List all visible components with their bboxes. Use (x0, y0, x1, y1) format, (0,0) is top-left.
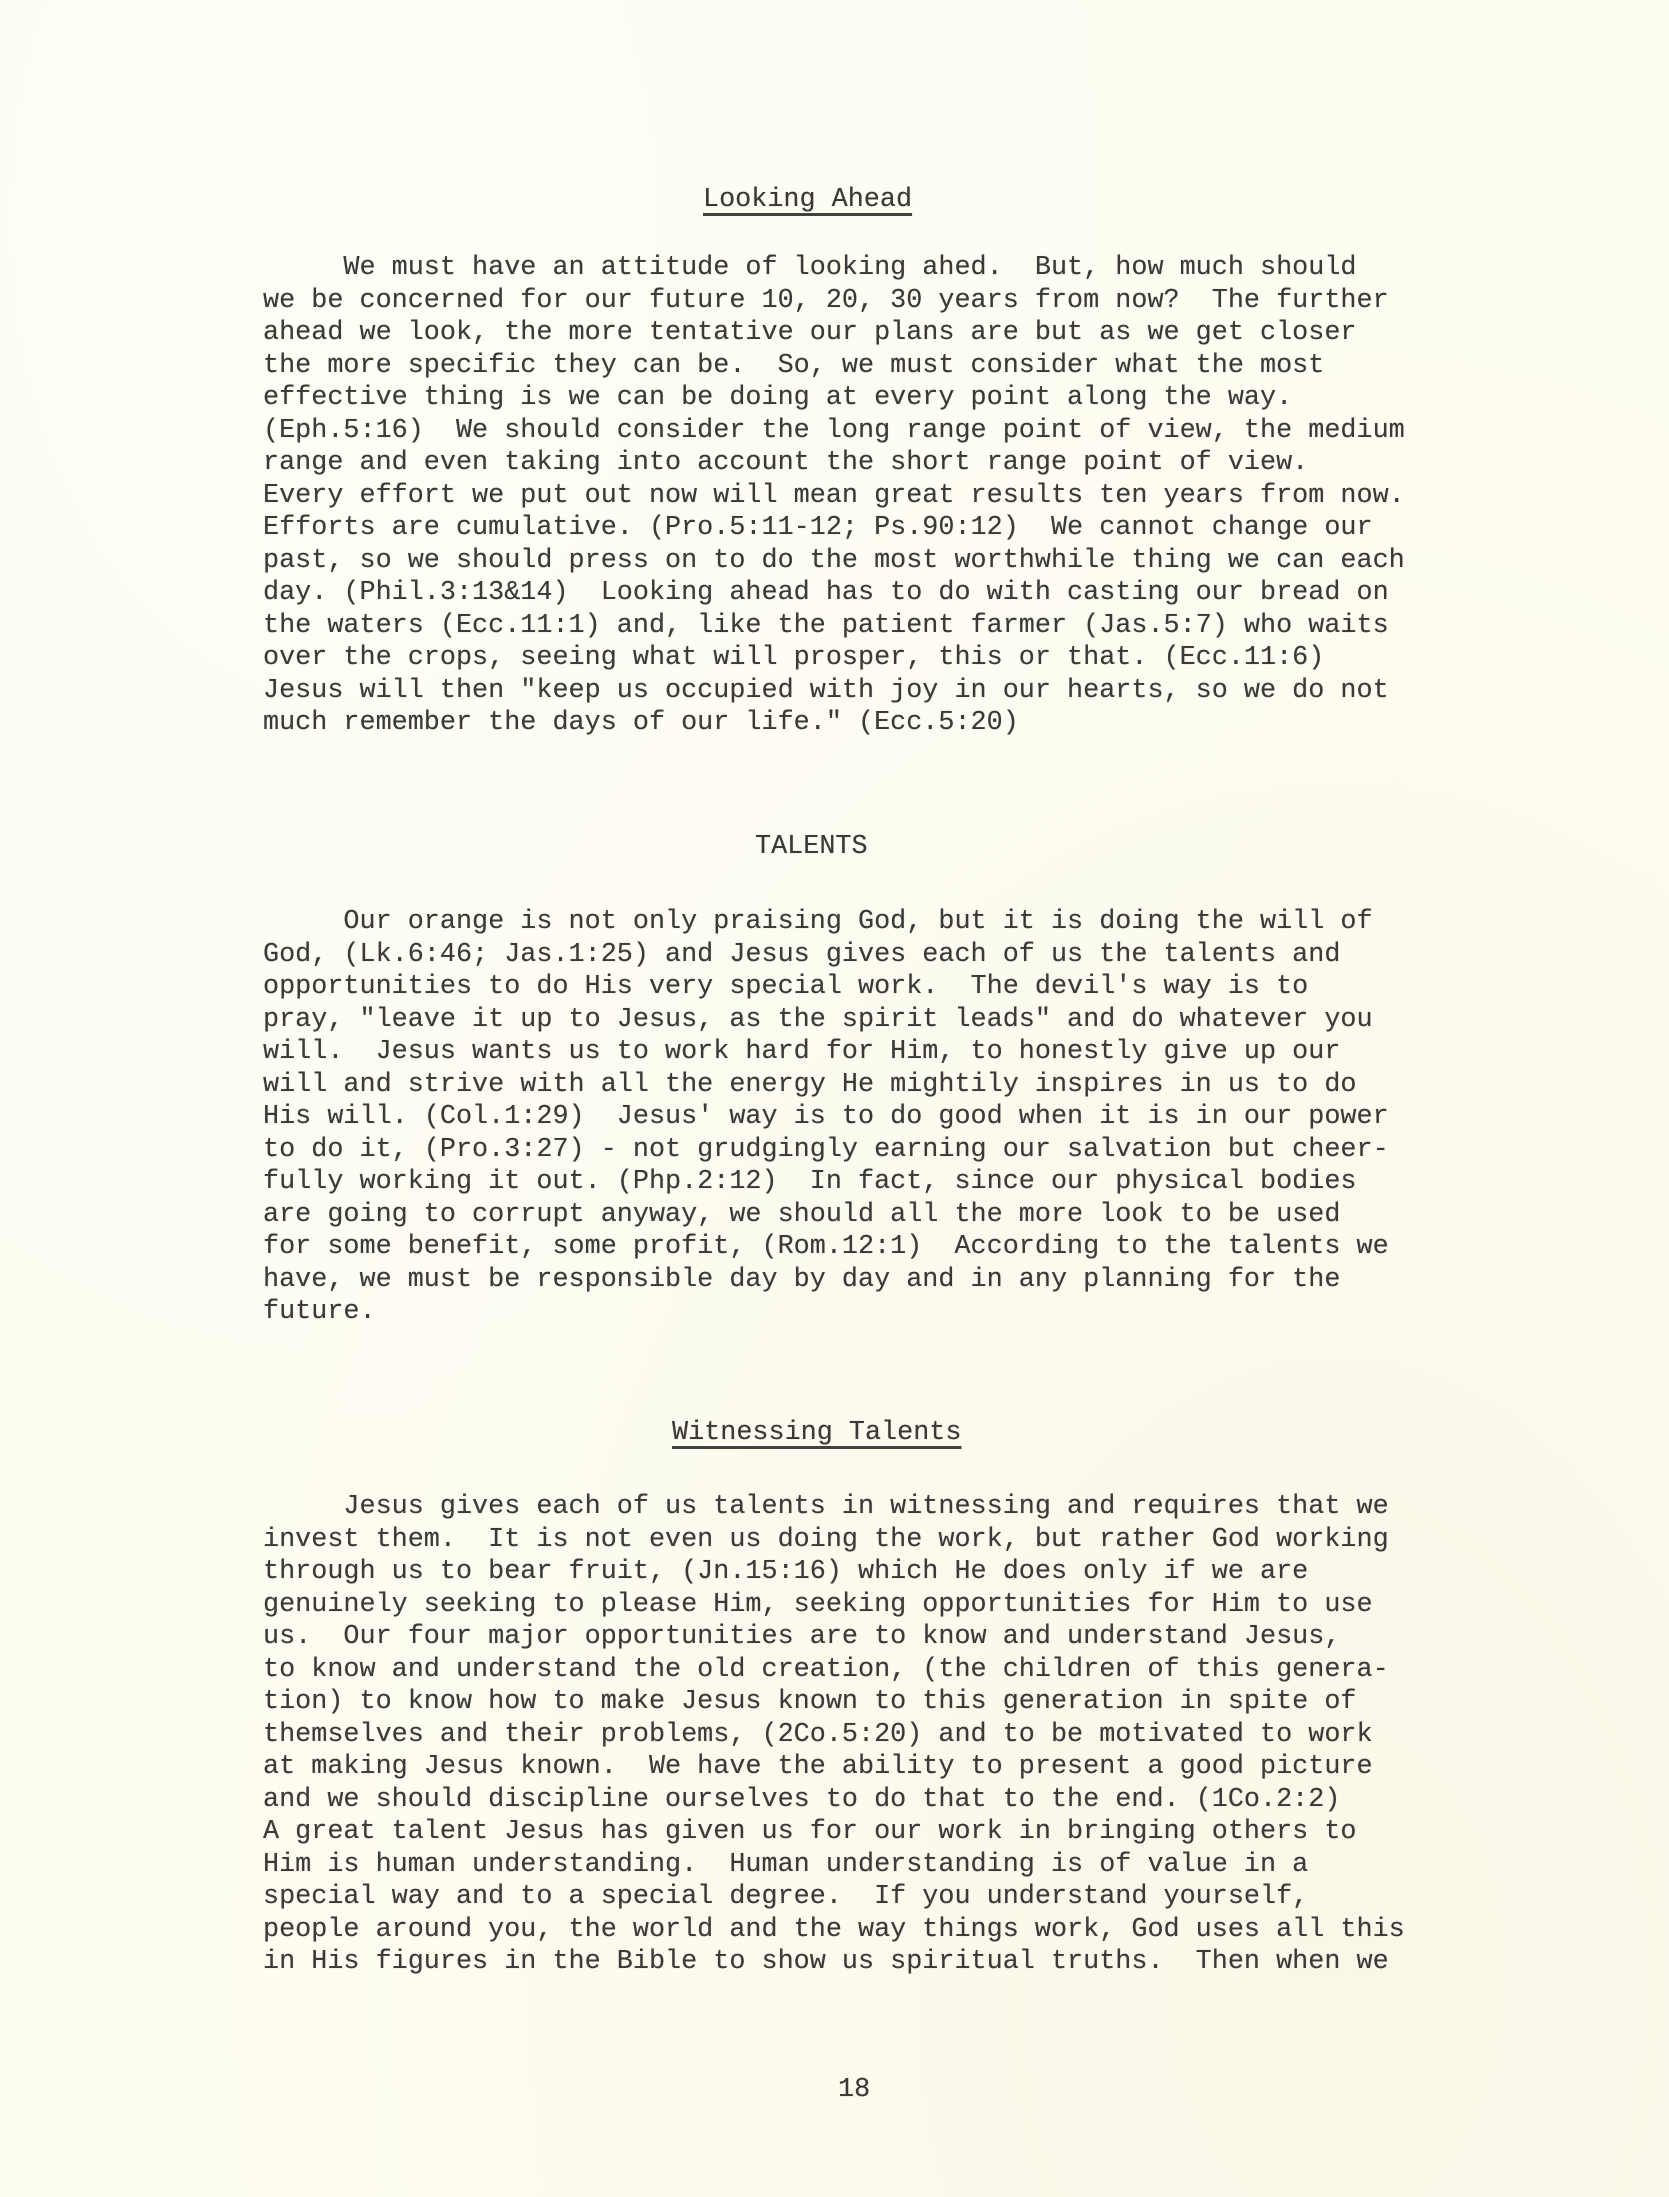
text-line: for some benefit, some profit, (Rom.12:1… (263, 1231, 1463, 1264)
text-line: the more specific they can be. So, we mu… (263, 350, 1463, 383)
text-line: past, so we should press on to do the mo… (263, 545, 1463, 578)
text-line: range and even taking into account the s… (263, 447, 1463, 480)
paragraph-witnessing-talents: Jesus gives each of us talents in witnes… (263, 1491, 1463, 1979)
section-heading-looking-ahead: Looking Ahead (703, 184, 912, 216)
text-line: special way and to a special degree. If … (263, 1881, 1463, 1914)
text-line: future. (263, 1296, 1463, 1329)
text-line: Jesus will then "keep us occupied with j… (263, 675, 1463, 708)
page-number: 18 (838, 2074, 870, 2106)
text-line: Our orange is not only praising God, but… (263, 906, 1463, 939)
text-line: effective thing is we can be doing at ev… (263, 382, 1463, 415)
text-line: the waters (Ecc.11:1) and, like the pati… (263, 610, 1463, 643)
text-line: We must have an attitude of looking ahed… (263, 252, 1463, 285)
text-line: (Eph.5:16) We should consider the long r… (263, 415, 1463, 448)
text-line: pray, "leave it up to Jesus, as the spir… (263, 1004, 1463, 1037)
text-line: have, we must be responsible day by day … (263, 1264, 1463, 1297)
text-line: genuinely seeking to please Him, seeking… (263, 1589, 1463, 1622)
text-line: much remember the days of our life." (Ec… (263, 707, 1463, 740)
text-line: Jesus gives each of us talents in witnes… (263, 1491, 1463, 1524)
text-line: at making Jesus known. We have the abili… (263, 1751, 1463, 1784)
section-heading-witnessing-talents: Witnessing Talents (672, 1417, 961, 1449)
document-page: Looking Ahead We must have an attitude o… (0, 0, 1669, 2197)
text-line: Efforts are cumulative. (Pro.5:11-12; Ps… (263, 512, 1463, 545)
paragraph-looking-ahead: We must have an attitude of looking ahed… (263, 252, 1463, 740)
text-line: over the crops, seeing what will prosper… (263, 642, 1463, 675)
text-line: to do it, (Pro.3:27) - not grudgingly ea… (263, 1134, 1463, 1167)
text-line: people around you, the world and the way… (263, 1914, 1463, 1947)
text-line: ahead we look, the more tentative our pl… (263, 317, 1463, 350)
text-line: will. Jesus wants us to work hard for Hi… (263, 1036, 1463, 1069)
text-line: and we should discipline ourselves to do… (263, 1784, 1463, 1817)
text-line: God, (Lk.6:46; Jas.1:25) and Jesus gives… (263, 939, 1463, 972)
text-line: invest them. It is not even us doing the… (263, 1524, 1463, 1557)
text-line: through us to bear fruit, (Jn.15:16) whi… (263, 1556, 1463, 1589)
text-line: A great talent Jesus has given us for ou… (263, 1816, 1463, 1849)
paragraph-talents: Our orange is not only praising God, but… (263, 906, 1463, 1329)
text-line: His will. (Col.1:29) Jesus' way is to do… (263, 1101, 1463, 1134)
text-line: we be concerned for our future 10, 20, 3… (263, 285, 1463, 318)
text-line: fully working it out. (Php.2:12) In fact… (263, 1166, 1463, 1199)
text-line: will and strive with all the energy He m… (263, 1069, 1463, 1102)
text-line: in His figures in the Bible to show us s… (263, 1946, 1463, 1979)
text-line: themselves and their problems, (2Co.5:20… (263, 1719, 1463, 1752)
text-line: tion) to know how to make Jesus known to… (263, 1686, 1463, 1719)
text-line: Every effort we put out now will mean gr… (263, 480, 1463, 513)
text-line: Him is human understanding. Human unders… (263, 1849, 1463, 1882)
text-line: to know and understand the old creation,… (263, 1654, 1463, 1687)
text-line: day. (Phil.3:13&14) Looking ahead has to… (263, 577, 1463, 610)
text-line: opportunities to do His very special wor… (263, 971, 1463, 1004)
section-heading-talents: TALENTS (755, 831, 868, 863)
text-line: us. Our four major opportunities are to … (263, 1621, 1463, 1654)
text-line: are going to corrupt anyway, we should a… (263, 1199, 1463, 1232)
